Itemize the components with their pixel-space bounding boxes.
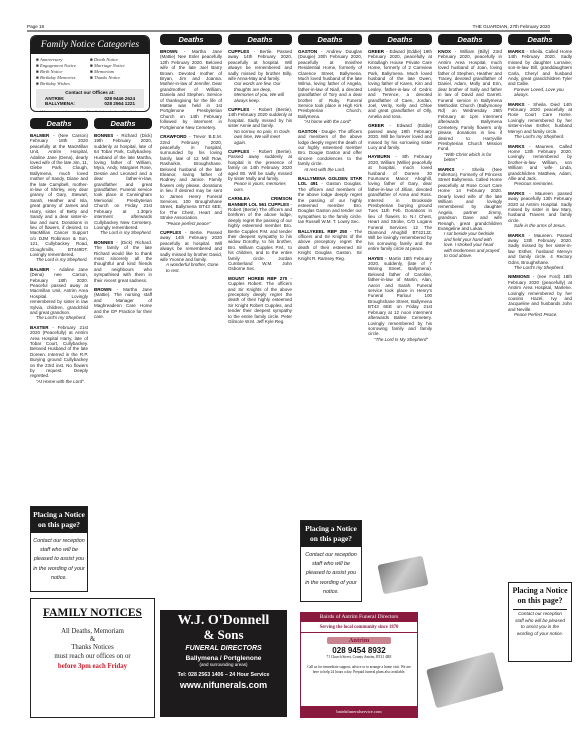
- death-notice: MARKS - Sheila (Nee Fullerton). Formerly…: [438, 167, 502, 259]
- bairds-funeral-ad: Bairds of Antrim Funeral Directors Servi…: [300, 612, 418, 718]
- deaths-heading: Deaths: [228, 34, 292, 45]
- death-notice: BONNES - Richard (Dick) 19th February 20…: [94, 133, 152, 236]
- ballymena-label: BALLYMENA:: [45, 101, 75, 107]
- death-notice: CUPPLES - Robert (Bertie). Passed away s…: [228, 149, 292, 192]
- death-notice: GREER - Edward (Eddie) passed away 19th …: [368, 123, 432, 150]
- odonnell-subtitle: FUNERAL DIRECTORS: [160, 645, 287, 652]
- categories-title: Family Notice Categories: [31, 36, 149, 54]
- death-notice: GASTON - Dougie. The officers and member…: [298, 129, 362, 172]
- odonnell-funeral-ad: W.J. O'Donnell & Sons FUNERAL DIRECTORS …: [160, 610, 287, 717]
- family-notice-categories: Family Notice Categories Anniversary Dea…: [30, 35, 150, 112]
- death-notice: HAYBURN - 8th February 2020, William (Wi…: [368, 154, 432, 251]
- page-header: Page 18 THE GUARDIAN, 27th February 2020: [27, 23, 550, 32]
- category-item: Thanks Notice: [90, 75, 144, 81]
- bible-image: [377, 556, 428, 595]
- deaths-column-8: Deaths MARKS - Sheila. Called Home 14th …: [508, 34, 572, 594]
- deaths-heading: Deaths: [30, 118, 88, 129]
- placing-notice-box: Placing a Notice on this page? Contact o…: [508, 582, 572, 662]
- page-number: Page 18: [27, 24, 44, 29]
- contact-offices: Contact our Offices at: ANTRIM:028 9446 …: [36, 89, 144, 108]
- death-notice: GREER - Edward (Eddie) 19th February 202…: [368, 49, 432, 119]
- odonnell-tel: Tel: 028 2563 1406 – 24 Hour Service: [160, 672, 287, 678]
- placing-notice-body: Contact our reception staff who will be …: [31, 533, 87, 587]
- death-notice: CUPPLES - Bertie. Passed away 14th Febru…: [160, 230, 222, 273]
- deaths-heading: Deaths: [438, 34, 502, 45]
- death-notice: BAXTER - February 21st 2020 (Peacefully)…: [30, 325, 88, 384]
- category-item: Birthday Wishes: [36, 81, 90, 87]
- death-notice: CARNLEA CRIMSON BANNER LOL 561 CUPPLES -…: [228, 196, 292, 272]
- death-notice: BROWN - Martha Jane (Mattie) Nee Esler p…: [160, 49, 222, 130]
- bible-image: [426, 652, 504, 709]
- deaths-column-7: Deaths KNOX - William (Billy) 23rd Febru…: [438, 34, 502, 614]
- death-notice: CRAWFORD - Trevor B.E.M. 22nd February 2…: [160, 134, 222, 226]
- death-notice: MARKS - Sheila. Died 14th February 2020 …: [508, 102, 572, 140]
- ballymena-phone: 028 2564 1221: [104, 101, 135, 107]
- bairds-description: Call us for immediate support, advice or…: [301, 665, 417, 675]
- death-notice: MARKS - Maureen. Passed away 13th Februa…: [508, 233, 572, 271]
- family-notices-line: &: [31, 636, 154, 644]
- bairds-strapline: Serving the local community since 1870: [301, 625, 417, 633]
- death-notice: CUPPLES - Bertie. Passed away 14th Febru…: [228, 49, 292, 103]
- death-notice: NIMMONS - (nee Ford) 18th February 2020 …: [508, 274, 572, 317]
- bairds-address: 71 Church Street, County Antrim, BT41 4B…: [301, 655, 417, 659]
- death-notice: BALLYKEEL RBP 250 - The officers and Sir…: [298, 229, 362, 261]
- family-notices-line: must reach our offices on or: [31, 653, 154, 661]
- family-notices-line: All Deaths, Memoriam: [31, 628, 154, 636]
- death-notice: KNOX - William (Billy) 23rd February 202…: [438, 49, 502, 163]
- bairds-title: Bairds of Antrim Funeral Directors: [301, 613, 417, 622]
- placing-notice-box: Placing a Notice on this page? Contact o…: [300, 520, 362, 602]
- death-notice: BALMER - (Nee Carson) February 18th 2020…: [30, 133, 88, 263]
- death-notice: MARKS - Maureen passed away peacefully 1…: [508, 191, 572, 229]
- odonnell-surrounding: (and surrounding areas): [160, 662, 287, 667]
- deaths-heading: Deaths: [298, 34, 362, 45]
- odonnell-locations: Ballymena / Portglenone: [160, 655, 287, 662]
- placing-notice-title: Placing a Notice on this page?: [509, 583, 571, 609]
- death-notice: BROWN - Martha Jane (Mattie). The nursin…: [94, 287, 152, 319]
- death-notice: BONNES - (Dick) Richard. The family of t…: [94, 240, 152, 283]
- placing-notice-title: Placing a Notice on this page?: [31, 507, 87, 533]
- family-notices-line: Thanks Notices: [31, 644, 154, 652]
- placing-notice-body: Contact our reception staff who will be …: [301, 547, 361, 601]
- family-notices-title: FAMILY NOTICES: [31, 607, 154, 619]
- deaths-column-2: Deaths BONNES - Richard (Dick) 19th Febr…: [94, 118, 152, 598]
- deaths-column-1: Deaths BALMER - (Nee Carson) February 18…: [30, 118, 88, 388]
- death-notice: CUPPLES - Robert (Bertie), 14th February…: [228, 107, 292, 145]
- bairds-town: Antrim: [327, 637, 391, 644]
- deaths-column-5: Deaths GASTON - Andrew Douglas (Dougie) …: [298, 34, 362, 499]
- death-notice: BALLYMENA GOLDEN STAR LOL 491 - Gaston D…: [298, 176, 362, 225]
- odonnell-website[interactable]: www.nifunerals.com: [160, 680, 287, 690]
- family-notices-ad: FAMILY NOTICES All Deaths, Memoriam & Th…: [30, 598, 155, 718]
- deaths-heading: Deaths: [160, 34, 222, 45]
- deaths-column-3: Deaths BROWN - Martha Jane (Mattie) Nee …: [160, 34, 222, 594]
- deaths-column-4: Deaths CUPPLES - Bertie. Passed away 14t…: [228, 34, 292, 604]
- placing-notice-body: Contact our reception staff who will be …: [513, 609, 567, 641]
- death-notice: MARKS - Sheila. Called Home 14th Februar…: [508, 49, 572, 98]
- placing-notice-title: Placing a Notice on this page?: [301, 521, 361, 547]
- placing-notice-box: Placing a Notice on this page? Contact o…: [30, 506, 88, 592]
- odonnell-sons: & Sons: [160, 628, 287, 642]
- accept-images-text: We accept images of individuals in all o…: [31, 109, 149, 113]
- death-notice: MOUNT HOREB RBP 270 - Cupples Robert. Th…: [228, 276, 292, 325]
- odonnell-name: W.J. O'Donnell: [160, 613, 287, 628]
- death-notice: BALMER - Adaline Jane (Dena) nee Carson,…: [30, 267, 88, 321]
- categories-list: Anniversary Death Notice Engagement Noti…: [31, 54, 149, 88]
- deaths-heading: Deaths: [368, 34, 432, 45]
- publication-date: THE GUARDIAN, 27th February 2020: [473, 24, 550, 29]
- bairds-website[interactable]: bairdsfuneralservice.com: [301, 706, 417, 717]
- bairds-phone: 028 9454 8932: [301, 646, 417, 655]
- deaths-heading: Deaths: [508, 34, 572, 45]
- deaths-column-6: Deaths GREER - Edward (Eddie) 19th Febru…: [368, 34, 432, 554]
- deaths-heading: Deaths: [94, 118, 152, 129]
- death-notice: MARKS - Maureen. Called Home 13th Februa…: [508, 144, 572, 187]
- death-notice: HAYES - Martin 18th February 2020, sudde…: [368, 256, 432, 343]
- family-notices-deadline: before 3pm each Friday: [31, 663, 154, 670]
- death-notice: GASTON - Andrew Douglas (Dougie) 20th Fe…: [298, 49, 362, 125]
